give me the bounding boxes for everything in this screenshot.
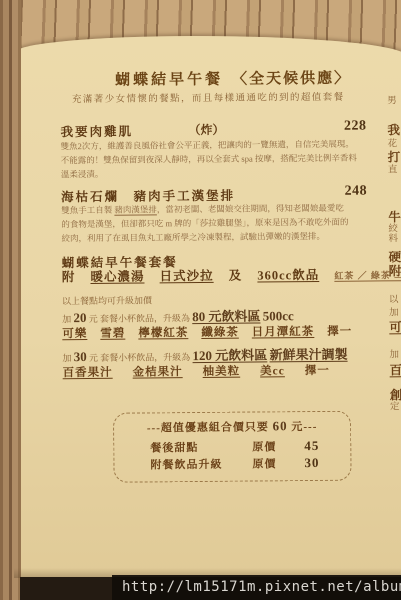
- original-price-value: 30: [304, 455, 319, 471]
- combo-price: 60: [273, 418, 288, 433]
- menu-photo: 蝴蝶結早午餐〈全天候供應〉 充滿著少女情懷的餐點，而且每樣通通吃的到的超值套餐 …: [0, 0, 401, 600]
- set-includes-row: 附 暖心濃湯 日式沙拉 及 360cc飲品 紅茶 ／ 綠茶 二選一: [62, 264, 401, 285]
- juice-option: 金桔果汁: [133, 363, 183, 379]
- cropped-char: 加: [389, 304, 399, 318]
- item-price: 248: [344, 184, 367, 200]
- description-line: 溫柔浸漬。: [61, 165, 357, 182]
- drink-option: 纖綠茶: [201, 324, 239, 340]
- item-description: 雙魚手工自製 豬肉漢堡排，當初老闆、老闆娘交往期間，得知老闆娘最愛吃 的食物是漢…: [61, 201, 348, 246]
- set-attach-word: 附: [62, 270, 76, 284]
- availability-note: 〈全天候供應〉: [232, 71, 351, 88]
- drink-option: 可樂: [62, 325, 87, 341]
- section-title-row: 蝴蝶結早午餐〈全天候供應〉: [98, 67, 368, 90]
- juice-option: 美cc: [260, 362, 285, 378]
- combo-offer-box: ---超值優惠組合價只要 60 元--- 餐後甜點 原價 45 附餐飲品升級 原…: [113, 411, 352, 483]
- upgrade-text: 元 套餐小杯飲品，升級為: [89, 313, 190, 324]
- cropped-char: 直: [388, 161, 398, 175]
- item-cooking-note: （炸）: [188, 121, 224, 138]
- menu-content: 蝴蝶結早午餐〈全天候供應〉 充滿著少女情懷的餐點，而且每樣通通吃的到的超值套餐 …: [0, 0, 401, 600]
- drink-option: 雪碧: [100, 325, 125, 341]
- cropped-char: 以: [389, 291, 399, 305]
- cropped-char: 附: [389, 261, 401, 279]
- item-name: 我要肉雞肌: [60, 125, 133, 140]
- upgrade-tier: 80 元飲料區: [192, 308, 260, 324]
- juice-option: 柚美粒: [203, 363, 241, 379]
- drinks-80-row: 可樂 雪碧 檸檬紅茶 纖綠茶 日月潭紅茶 擇一: [62, 323, 352, 342]
- combo-item-label: 附餐飲品升級: [150, 456, 222, 473]
- drink-option: 日月潭紅茶: [252, 323, 315, 340]
- upgrade-prefix: 加: [62, 353, 71, 363]
- original-price-label: 原價: [252, 455, 276, 471]
- set-soup: 暖心濃湯: [90, 269, 144, 283]
- choose-one-label: 擇一: [305, 362, 330, 378]
- description-highlight: 豬肉漢堡排: [114, 204, 157, 214]
- original-price-value: 45: [304, 438, 319, 454]
- choose-one-label: 擇一: [327, 323, 352, 339]
- cropped-char: 百: [390, 360, 401, 378]
- combo-item-label: 餐後甜點: [150, 439, 198, 455]
- upgrade-size: 500cc: [263, 308, 294, 323]
- upgrade-amount: 20: [73, 310, 86, 325]
- cropped-char: 定: [390, 398, 400, 412]
- watermark-url: http://lm15171m.pixnet.net/album: [112, 575, 401, 600]
- set-drink: 360cc飲品: [257, 268, 319, 283]
- drink-option: 檸檬紅茶: [138, 324, 188, 340]
- combo-row: 餐後甜點 原價 45: [114, 438, 350, 440]
- watermark-bar: http://lm15171m.pixnet.net/album: [112, 575, 401, 600]
- juice-option: 百香果汁: [63, 364, 113, 380]
- upgrade-extra: 新鮮果汁調製: [269, 347, 347, 363]
- upgrade-text: 元 套餐小杯飲品，升級為: [89, 352, 190, 363]
- upgrade-note: 以上餐點均可升級加價: [62, 293, 152, 307]
- item-description: 雙魚2次方，維護善良風俗社會公平正義，把讓肉的一覽無遺，自信完美展現。 不能露的…: [61, 137, 357, 182]
- combo-title-text: ---超值優惠組合價只要: [147, 421, 273, 434]
- set-and-word: 及: [229, 269, 243, 283]
- section-subtitle: 充滿著少女情懷的餐點，而且每樣通通吃的到的超值套餐: [58, 89, 358, 106]
- item-price: 228: [344, 119, 367, 135]
- cropped-char: 男: [387, 92, 397, 106]
- set-salad: 日式沙拉: [160, 269, 214, 283]
- cropped-char: 加: [389, 346, 399, 360]
- original-price-label: 原價: [252, 438, 276, 454]
- drinks-120-row: 百香果汁 金桔果汁 柚美粒 美cc 擇一: [63, 362, 330, 380]
- description-fragment: ，當初老闆、老闆娘交往期間，得知老闆娘最愛吃: [157, 203, 344, 215]
- description-line: 不能露的！雙魚保留到夜深人靜時，再以全套式 spa 按摩，搭配完美比例辛香料: [61, 151, 357, 168]
- upgrade-tier: 120 元飲料區: [192, 347, 267, 363]
- combo-title-text: 元---: [288, 421, 318, 433]
- cropped-char: 料: [388, 230, 398, 244]
- cropped-char: 可: [389, 317, 401, 335]
- combo-title: ---超值優惠組合價只要 60 元---: [114, 418, 350, 436]
- section-title: 蝴蝶結早午餐: [115, 72, 223, 89]
- description-fragment: 雙魚手工自製: [61, 205, 114, 215]
- upgrade-prefix: 加: [62, 314, 71, 324]
- adjacent-column-crop: 男 我 花 打 直 牛 絞 料 硬 附 以 加 可 加 百 創 定: [0, 0, 398, 2]
- description-line: 絞肉，利用了在虱目魚丸工廠所學之冷凍製程，試驗出彈嫩的漢堡排。: [61, 229, 348, 246]
- upgrade-amount: 30: [74, 349, 87, 364]
